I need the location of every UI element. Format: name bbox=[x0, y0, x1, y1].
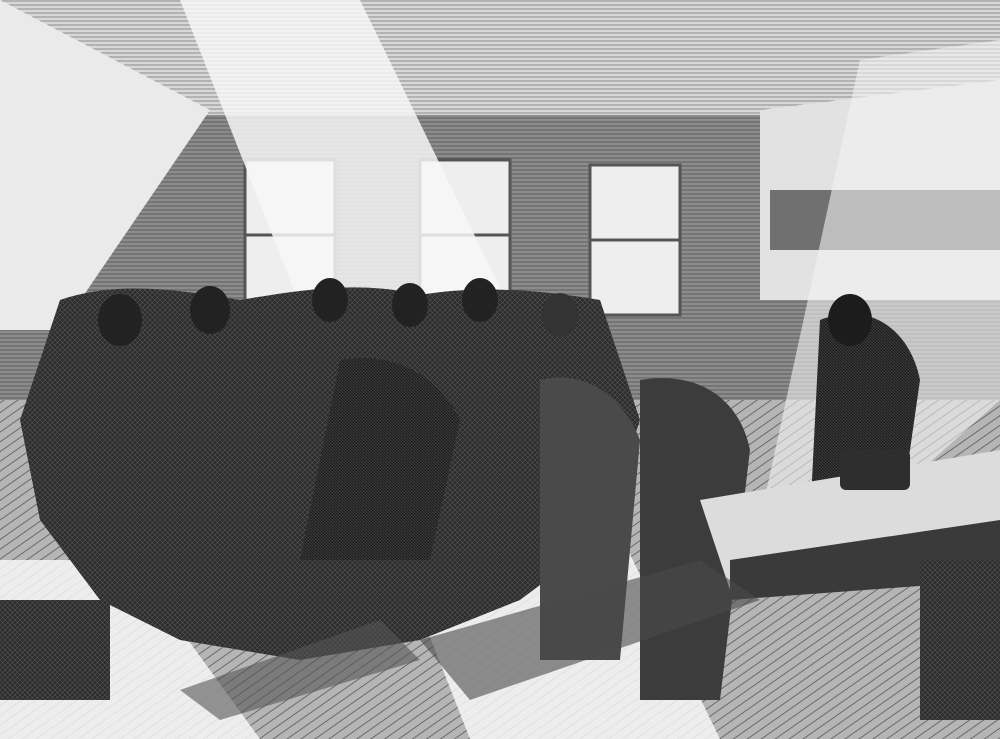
engraving-artwork bbox=[0, 0, 1000, 739]
engraving-scene bbox=[0, 0, 1000, 739]
